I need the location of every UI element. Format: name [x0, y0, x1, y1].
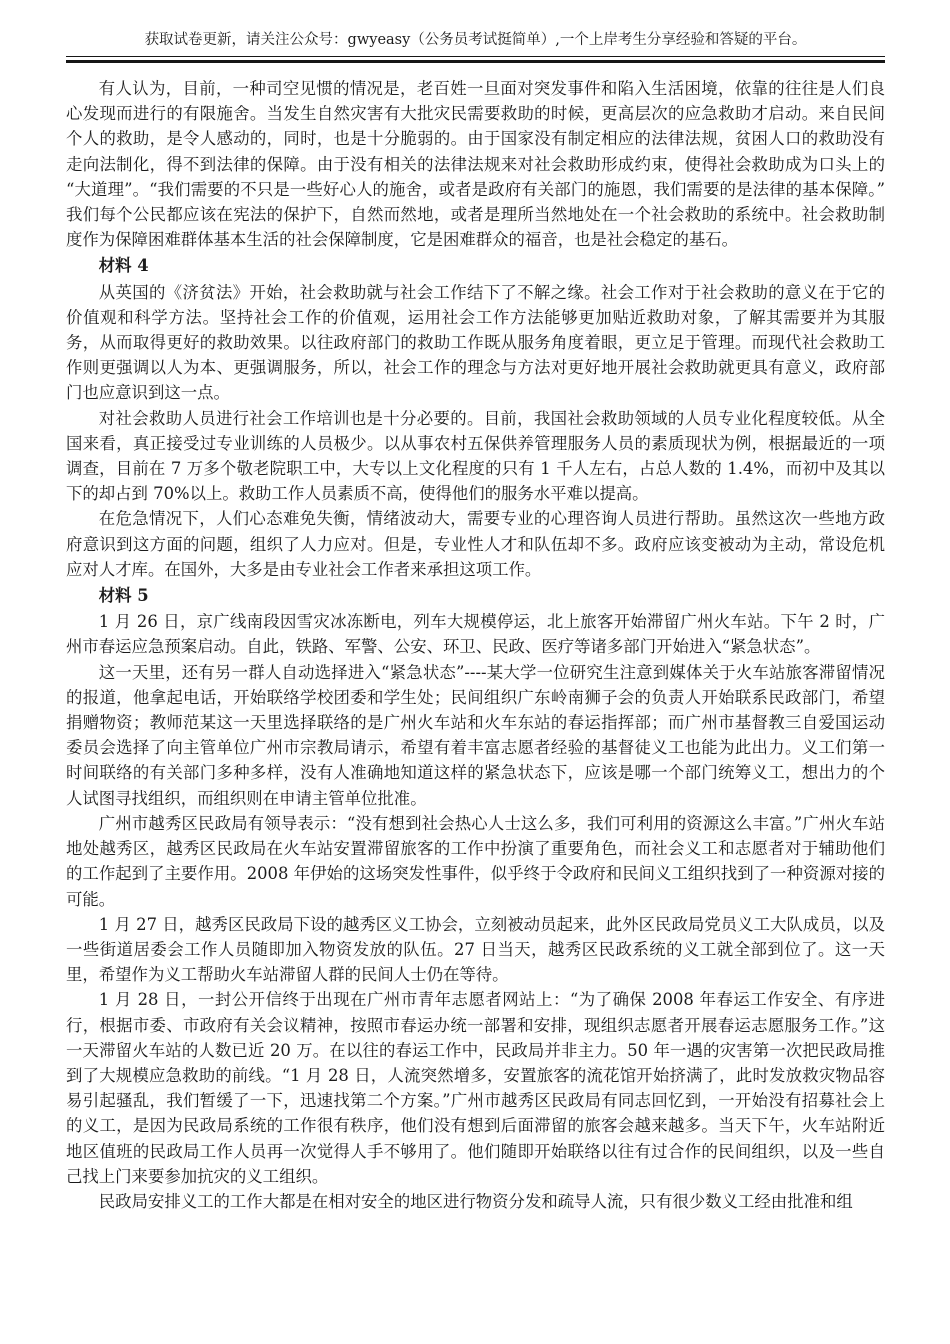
paragraph: 对社会救助人员进行社会工作培训也是十分必要的。目前，我国社会救助领域的人员专业化…	[66, 406, 885, 507]
paragraph: 在危急情况下，人们心态难免失衡，情绪波动大，需要专业的心理咨询人员进行帮助。虽然…	[66, 506, 885, 582]
paragraph: 广州市越秀区民政局有领导表示：“没有想到社会热心人士这么多，我们可利用的资源这么…	[66, 811, 885, 912]
paragraph: 民政局安排义工的工作大都是在相对安全的地区进行物资分发和疏导人流，只有很少数义工…	[66, 1189, 885, 1214]
document-body: 有人认为，目前，一种司空见惯的情况是，老百姓一旦面对突发事件和陷入生活困境，依靠…	[66, 76, 885, 1214]
document-page: 获取试卷更新，请关注公众号：gwyeasy（公务员考试挺简单）,一个上岸考生分享…	[0, 0, 950, 1344]
paragraph: 1 月 27 日，越秀区民政局下设的越秀区义工协会，立刻被动员起来，此外区民政局…	[66, 912, 885, 988]
paragraph: 1 月 28 日，一封公开信终于出现在广州市青年志愿者网站上：“为了确保 200…	[66, 987, 885, 1189]
paragraph: 1 月 26 日，京广线南段因雪灾冰冻断电，列车大规模停运，北上旅客开始滞留广州…	[66, 609, 885, 659]
paragraph: 有人认为，目前，一种司空见惯的情况是，老百姓一旦面对突发事件和陷入生活困境，依靠…	[66, 76, 885, 252]
paragraph: 这一天里，还有另一群人自动选择进入“紧急状态”----某大学一位研究生注意到媒体…	[66, 660, 885, 811]
material-heading: 材料 5	[66, 583, 885, 608]
page-header-notice: 获取试卷更新，请关注公众号：gwyeasy（公务员考试挺简单）,一个上岸考生分享…	[66, 0, 885, 49]
paragraph: 从英国的《济贫法》开始，社会救助就与社会工作结下了不解之缘。社会工作对于社会救助…	[66, 280, 885, 406]
material-heading: 材料 4	[66, 253, 885, 278]
header-divider	[66, 56, 885, 63]
